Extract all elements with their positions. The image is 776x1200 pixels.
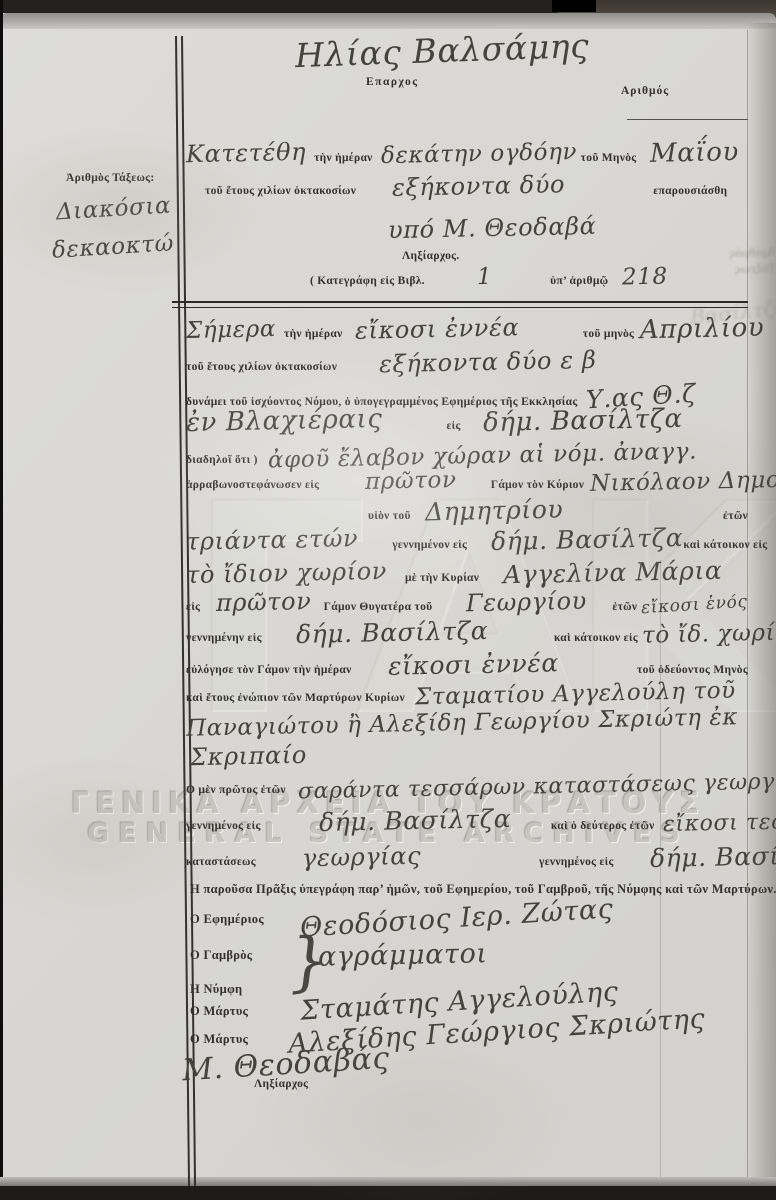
entry-act-month: Απριλίου [640, 315, 765, 344]
form-the-day-2: τὴν ἡμέραν [284, 328, 343, 340]
form-presented: επαρουσιάσθη [653, 185, 727, 197]
entry-first-marriage-bride: πρῶτον [216, 589, 312, 615]
form-born-groom: γεννημένον εἰς [392, 539, 467, 551]
entry-announcements: ἀφοῦ ἔλαβον χώραν αἱ νόμ. ἀναγγ. [268, 441, 697, 473]
entry-deposit-day: δεκάτην ογδόην [380, 141, 577, 168]
entry-witness-2-birthplace: δήμ. Βασίλτζα [649, 842, 776, 871]
form-of-month: τοῦ Μηνὸς [581, 152, 637, 164]
form-first-witness-years: Ο μὲν πρῶτος ἐτῶν [186, 784, 286, 796]
form-with-lady: μὲ τὴν Κυρίαν [405, 572, 479, 584]
order-number-label: Ἀριθμὸς Τάξεως: [66, 172, 155, 184]
form-blessed-marriage: εὐλόγησε τὸν Γάμον τὴν ἡμέραν [186, 664, 352, 676]
form-resident-bride: καὶ κάτοικον εἰς [554, 632, 638, 644]
eparch-label: Επαρχος [366, 76, 419, 88]
entry-bride-residence: τὸ ἴδ. χωρίον [642, 621, 776, 647]
form-at-bride: εἰς [186, 601, 200, 613]
entry-groom-name: Νικόλαον Δημοτσάνον [590, 467, 776, 496]
form-resident-groom: καὶ κάτοικον εἰς [683, 539, 767, 551]
entry-deposit-word: Κατετέθη [186, 140, 307, 167]
form-before-witnesses: καὶ ἔτους ἐνώπιον τῶν Μαρτύρων Κυρίων [186, 692, 405, 704]
entry-groom-age: τριάντα ετών [186, 526, 359, 554]
entry-bride-father: Γεωργίου [466, 589, 587, 616]
form-status-witness-2: καταστάσεως [186, 856, 256, 868]
order-number-script-1: Διακόσια [55, 195, 171, 225]
priest-signature: Θεοδόσιος Ιερ. Ζώτας [299, 895, 614, 941]
order-number-script-2: δεκαοκτώ [51, 232, 174, 262]
entry-first-marriage-groom: πρῶτον [365, 469, 457, 494]
illiterate-note: αγράμματοι [318, 940, 488, 971]
book-spine-edge [0, 0, 3, 1200]
form-current-month: τοῦ ὁδεύοντος Μηνὸς [637, 664, 748, 676]
entry-groom-residence: τὸ ἴδιον χωρίον [186, 559, 387, 587]
scanned-document-page: ΓΑΚ ΓΕΝΙΚΑ ΑΡΧΕΙΑ ΤΟΥ ΚΡΑΤΟΥΣ GENERAL ST… [0, 0, 776, 1200]
entry-today: Σήμερα [186, 318, 276, 343]
form-year-1800: τοῦ ἔτους χιλίων ὀκτακοσίων [205, 185, 356, 197]
form-born-witness-2: γεννημένος εἰς [539, 856, 614, 868]
number-label: Αριθμός [621, 85, 669, 97]
page-right-curve [746, 23, 776, 1186]
eparch-signature: Ηλίας Βαλσάμης [295, 29, 590, 72]
entry-bride-name: Αγγελίνα Μάρια [503, 558, 723, 588]
entry-groom-father: Δημητρίου [424, 497, 563, 525]
entry-act-year: εξήκοντα δύο ε β [379, 348, 597, 377]
closing-statement: Η παροῦσα Πρᾶξις ὑπεγράφη παρ’ ἡμῶν, τοῦ… [190, 882, 776, 897]
entry-record-number: 218 [622, 266, 668, 290]
entry-deposit-month: Μαΐου [650, 139, 739, 167]
form-marriage-the-groom: Γάμον τὸν Κύριον [491, 479, 584, 491]
entry-deposit-year: εξήκοντα δύο [392, 172, 566, 200]
form-son-of: υἱὸν τοῦ [368, 510, 411, 522]
section-divider-rule [172, 301, 748, 308]
form-second-witness-years: καὶ ὁ δεύτερος ἐτῶν [551, 820, 655, 832]
entry-bride-age: εἴκοσι ἑνός [641, 594, 749, 617]
entry-church-place: ἐν Βλαχιέραις [186, 406, 383, 436]
form-betrothed: ἀρραβωνοστεφάνωσεν εἰς [186, 479, 319, 491]
form-years-groom: ἐτῶν [723, 510, 748, 522]
form-under-number: ὑπ’ ἀριθμῷ [550, 275, 608, 287]
form-the-day: τὴν ἡμέραν [314, 152, 373, 164]
page-top-edge [0, 13, 776, 29]
form-declares: διαδηλοῖ ὅτι ) [186, 454, 258, 466]
entry-act-day: εἴκοσι ἐννέα [354, 315, 519, 342]
entry-witness-place: Σκριπαίο [190, 743, 307, 769]
form-registrar-title: Ληξίαρχος. [402, 250, 460, 262]
entry-witness-2-status: γεωργίας [302, 844, 422, 870]
priest-label: Ο Εφημέριος [190, 912, 264, 927]
form-of-month-2: τοῦ μηνὸς [583, 328, 634, 340]
number-underline [627, 119, 748, 120]
scan-bottom-band [0, 1186, 776, 1200]
entry-witness-2-age: εἴκοσι τεσσάρων [662, 810, 776, 836]
form-year-1800-2: τοῦ ἔτους χιλίων ὀκτακοσίων [186, 361, 337, 373]
entry-bride-birthplace: δήμ. Βασίλτζα [296, 618, 489, 647]
entry-book-number: 1 [477, 266, 493, 289]
form-recorded-in-book: ( Κατεγράφη εἰς Βιβλ. [310, 275, 425, 287]
form-at: εἰς [446, 420, 460, 432]
form-born-witness-1: γεννημένος εἰς [186, 820, 261, 832]
page-bottom-edge [0, 1177, 776, 1186]
scan-top-black-mark [552, 0, 596, 12]
form-years-bride: ἐτῶν [612, 601, 637, 613]
entry-municipality: δήμ. Βασίλτζα [482, 406, 682, 436]
registrar-label: Ληξίαρχος [254, 1078, 308, 1090]
witness-2-label: Ο Μάρτυς [190, 1032, 248, 1047]
groom-label: Ο Γαμβρὸς [190, 948, 252, 963]
entry-witness-1-birthplace: δήμ. Βασίλτζα [318, 806, 511, 835]
entry-groom-birthplace: δήμ. Βασίλτζα [491, 525, 684, 554]
form-born-bride: γεννημένην εἰς [186, 632, 262, 644]
bride-label: Η Νύμφη [190, 982, 242, 997]
witness-1-label: Ο Μάρτυς [190, 1004, 248, 1019]
entry-wedding-day: εἴκοσι ἐννέα [387, 650, 558, 679]
form-daughter-of: Γάμον Θυγατέρα τοῦ [324, 601, 433, 613]
entry-presented-by: υπό Μ. Θεοδαβά [388, 214, 597, 242]
